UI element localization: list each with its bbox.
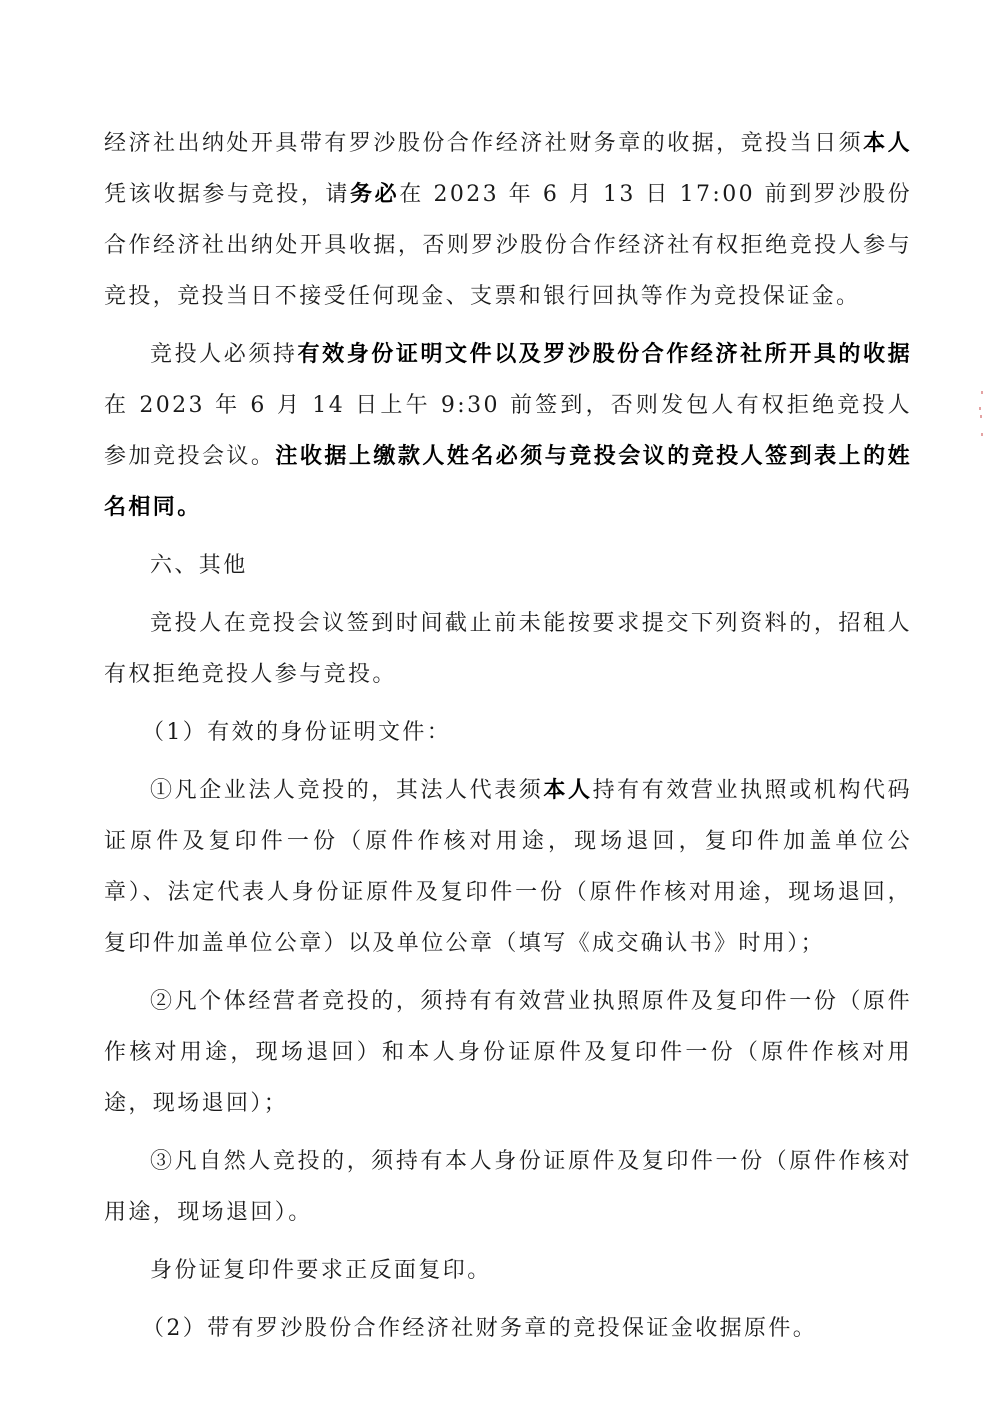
text-segment: 竞投人在竞投会议签到时间截止前未能按要求提交下列资料的，招租人有权拒绝竞投人参与… <box>104 611 912 687</box>
section-heading-other: 六、其他 <box>104 540 912 591</box>
text-segment: ③凡自然人竞投的，须持有本人身份证原件及复印件一份（原件作核对用途，现场退回）。 <box>104 1149 912 1225</box>
text-segment: 凭该收据参与竞投，请 <box>104 182 350 207</box>
bold-text-segment: 有效身份证明文件以及罗沙股份合作经济社所开具的收据 <box>298 341 912 367</box>
text-segment: 经济社出纳处开具带有罗沙股份合作经济社财务章的收据，竞投当日须 <box>104 131 863 156</box>
bold-text-segment: 务必 <box>350 181 399 207</box>
list-subitem-individual-business: ②凡个体经营者竞投的，须持有有效营业执照原件及复印件一份（原件作核对用途，现场退… <box>104 976 912 1129</box>
list-item-2-deposit-receipt: （2）带有罗沙股份合作经济社财务章的竞投保证金收据原件。 <box>104 1303 912 1354</box>
list-item-1-id-documents: （1）有效的身份证明文件： <box>104 707 912 758</box>
bold-text-segment: 本人 <box>863 130 912 156</box>
paragraph-receipt-instructions: 经济社出纳处开具带有罗沙股份合作经济社财务章的收据，竞投当日须本人凭该收据参与竞… <box>104 118 912 322</box>
bold-text-segment: 本人 <box>543 777 592 803</box>
paragraph-submission-deadline: 竞投人在竞投会议签到时间截止前未能按要求提交下列资料的，招租人有权拒绝竞投人参与… <box>104 598 912 700</box>
text-segment: （2）带有罗沙股份合作经济社财务章的竞投保证金收据原件。 <box>142 1316 817 1341</box>
paragraph-sign-in-requirements: 竞投人必须持有效身份证明文件以及罗沙股份合作经济社所开具的收据在 2023 年 … <box>104 329 912 533</box>
document-page: 经济社出纳处开具带有罗沙股份合作经济社财务章的收据，竞投当日须本人凭该收据参与竞… <box>104 118 912 1361</box>
list-subitem-corporate: ①凡企业法人竞投的，其法人代表须本人持有有效营业执照或机构代码证原件及复印件一份… <box>104 765 912 969</box>
seal-stamp-fragment <box>978 385 984 445</box>
text-segment: 持有有效营业执照或机构代码证原件及复印件一份（原件作核对用途，现场退回，复印件加… <box>104 778 912 956</box>
heading-text: 六、其他 <box>150 553 248 578</box>
text-segment: 竞投人必须持 <box>150 342 298 367</box>
text-segment: （1）有效的身份证明文件： <box>142 720 451 745</box>
text-segment: 身份证复印件要求正反面复印。 <box>150 1258 492 1283</box>
text-segment: ②凡个体经营者竞投的，须持有有效营业执照原件及复印件一份（原件作核对用途，现场退… <box>104 989 912 1116</box>
list-subitem-natural-person: ③凡自然人竞投的，须持有本人身份证原件及复印件一份（原件作核对用途，现场退回）。 <box>104 1136 912 1238</box>
paragraph-id-copy-note: 身份证复印件要求正反面复印。 <box>104 1245 912 1296</box>
text-segment: ①凡企业法人竞投的，其法人代表须 <box>150 778 543 803</box>
